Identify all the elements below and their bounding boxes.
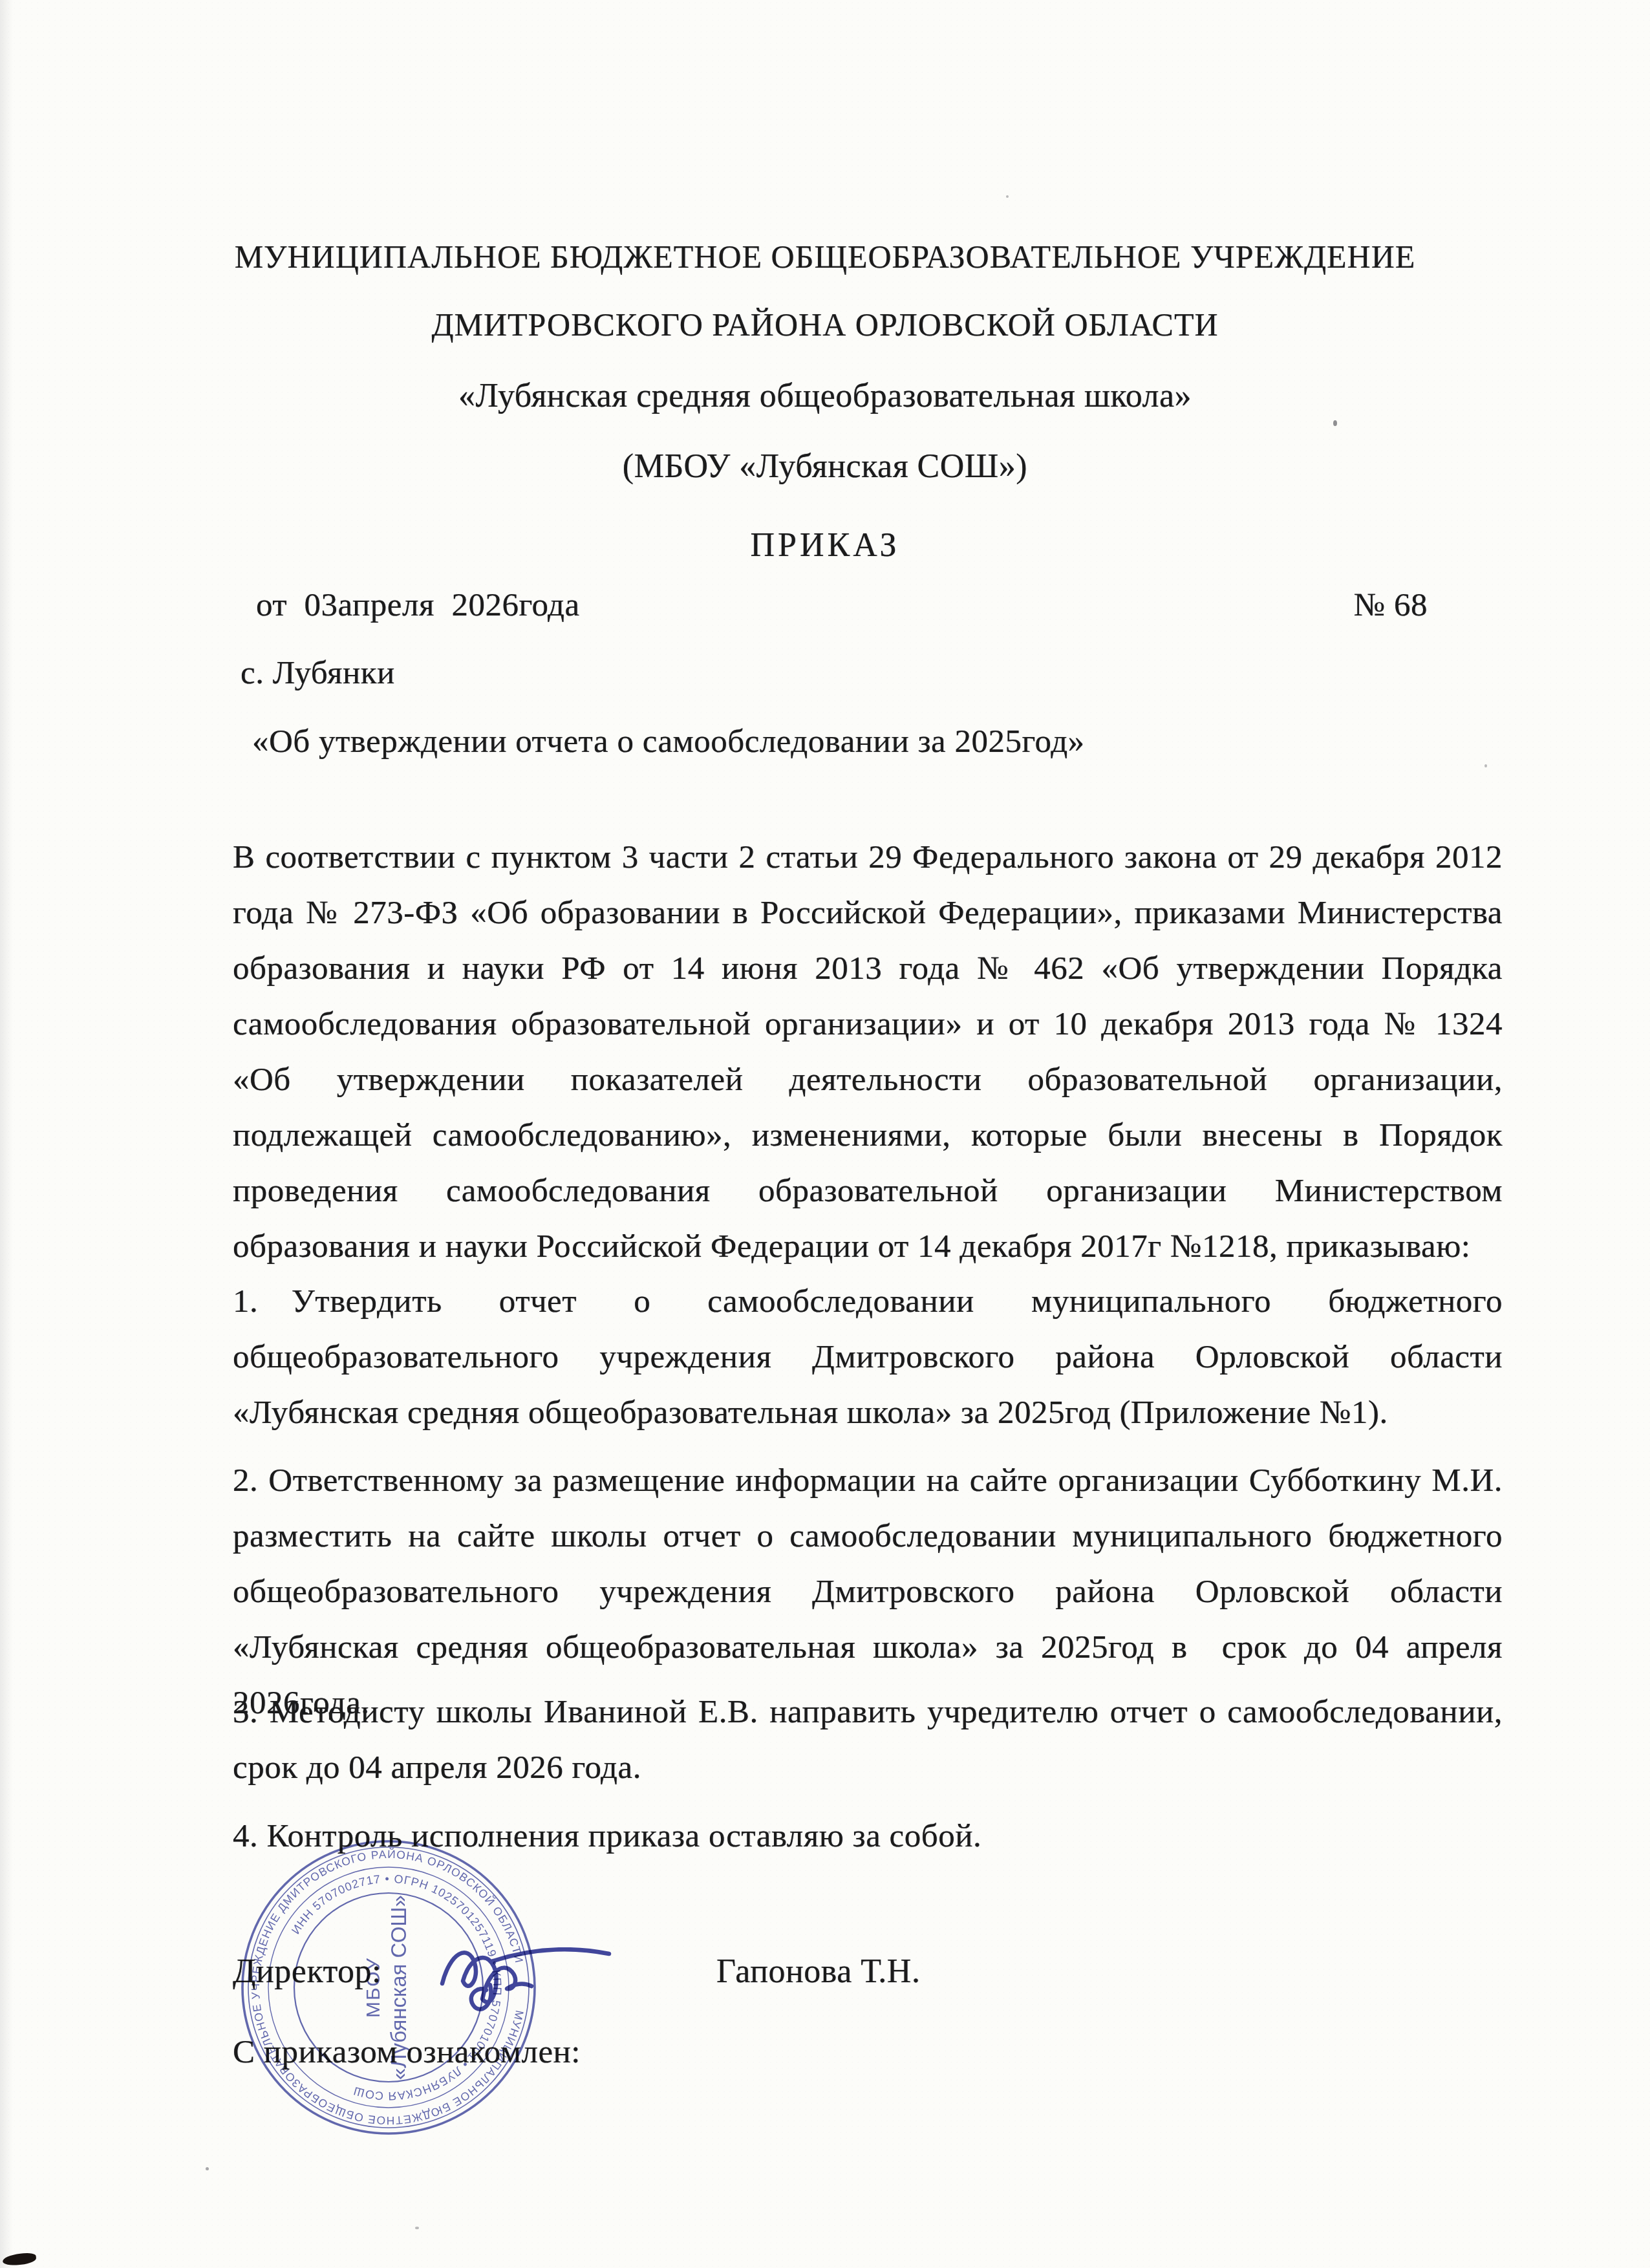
org-name-line-2: ДМИТРОВСКОГО РАЙОНА ОРЛОВСКОЙ ОБЛАСТИ	[0, 305, 1650, 344]
stamp-center-abbrev: МБОУ	[363, 1957, 384, 2018]
scan-speck	[768, 1831, 771, 1834]
doc-type-heading: ПРИКАЗ	[0, 526, 1650, 566]
order-subject: «Об утверждении отчета о самообследовани…	[233, 723, 1522, 760]
org-abbreviation: (МБОУ «Лубянская СОШ»)	[0, 447, 1650, 487]
director-name: Гапонова Т.Н.	[716, 1952, 920, 1991]
preamble-paragraph: В соответствии с пунктом 3 части 2 стать…	[233, 829, 1503, 1274]
order-date-row: от 03апреля 2026года № 68	[233, 586, 1503, 624]
org-name-line-3: «Лубянская средняя общеобразовательная ш…	[0, 376, 1650, 416]
scan-speck	[415, 2227, 419, 2229]
order-place: с. Лубянки	[233, 654, 1510, 692]
scan-speck	[1333, 420, 1337, 426]
stamp-center-name: «Лубянская СОШ»	[387, 1895, 411, 2080]
scan-speck	[206, 2167, 209, 2170]
order-item-1: 1. Утвердить отчет о самообследовании му…	[233, 1274, 1503, 1440]
director-signature-icon	[414, 1932, 636, 2018]
org-name-line-1: МУНИЦИПАЛЬНОЕ БЮДЖЕТНОЕ ОБЩЕОБРАЗОВАТЕЛЬ…	[0, 237, 1650, 276]
order-number: № 68	[1354, 586, 1428, 624]
scan-speck	[1006, 195, 1009, 198]
order-date: от 03апреля 2026года	[256, 586, 580, 624]
document-page: МУНИЦИПАЛЬНОЕ БЮДЖЕТНОЕ ОБЩЕОБРАЗОВАТЕЛЬ…	[0, 0, 1650, 2268]
scan-speck	[1484, 764, 1487, 767]
order-item-3: 3. Методисту школы Иваниной Е.В. направи…	[233, 1684, 1503, 1795]
